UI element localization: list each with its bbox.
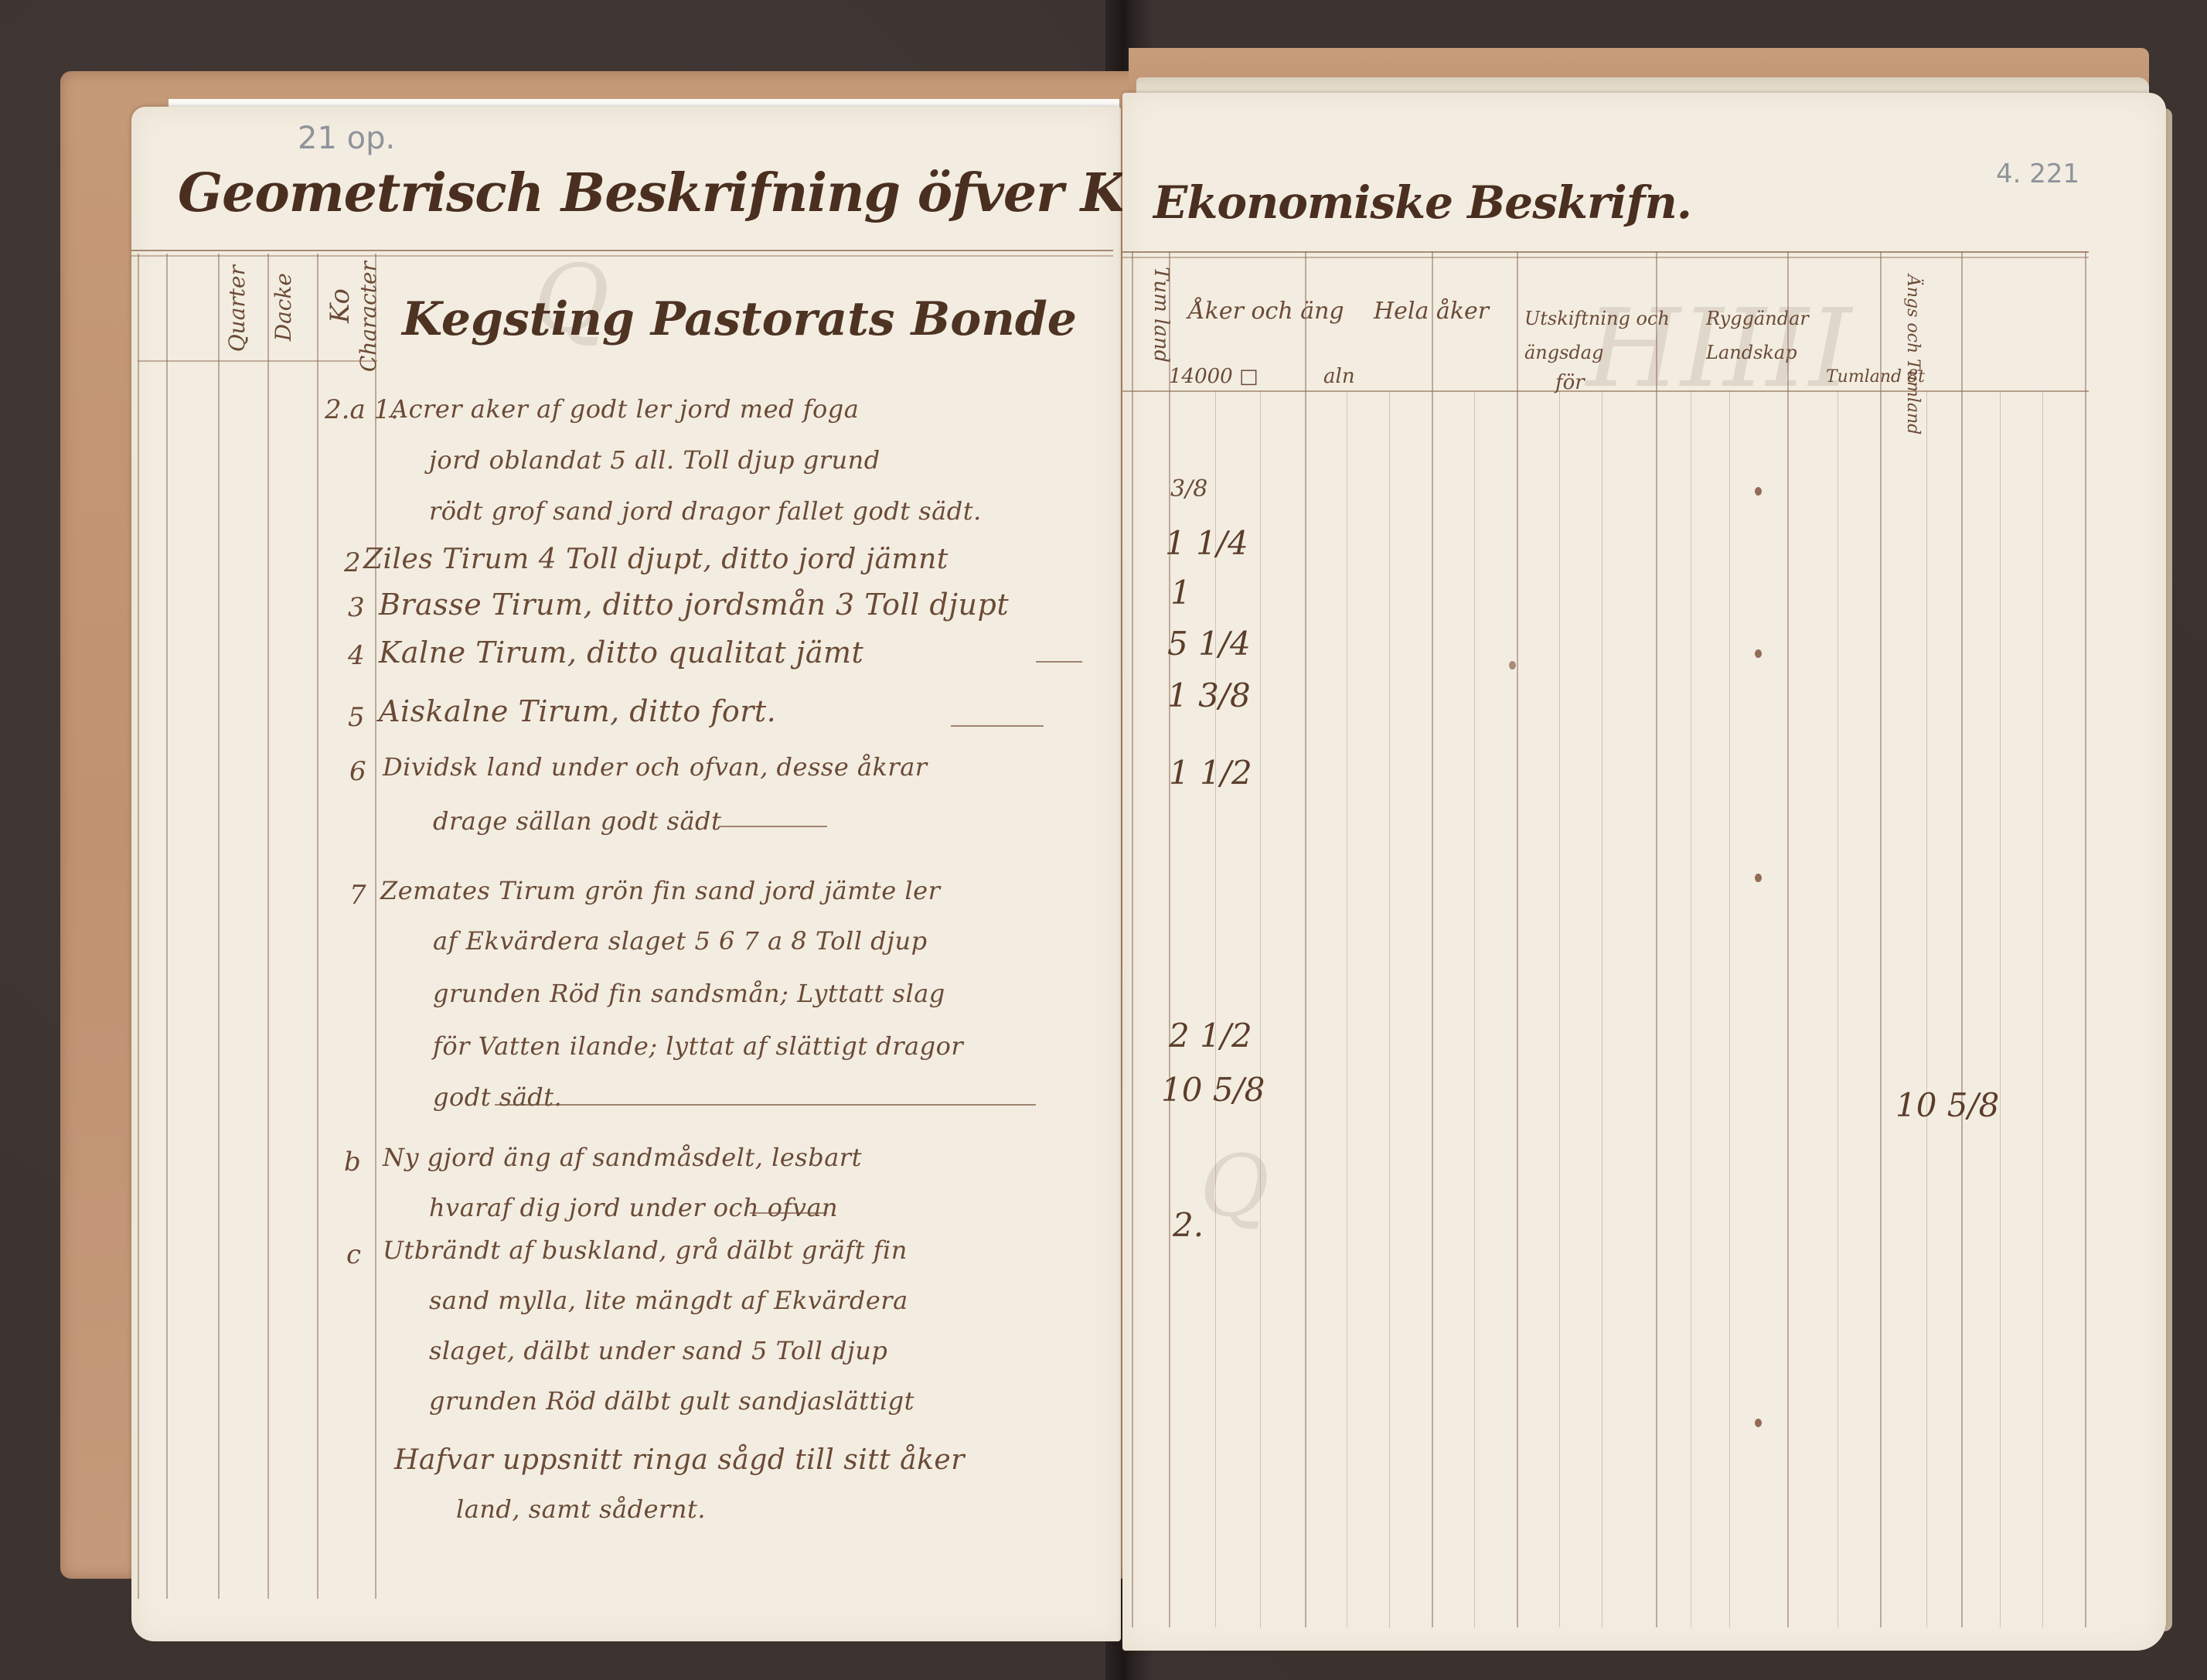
entry-line: grunden Röd fin sandsmån; Lyttatt slag (433, 979, 945, 1008)
entry-line: drage sällan godt sädt (433, 806, 721, 836)
area-value: 10 5/8 (1161, 1071, 1265, 1109)
column-line (2000, 390, 2001, 1627)
entry-line: Utbrändt af buskland, grå dälbt gräft fi… (383, 1235, 908, 1265)
area-value: 5 1/4 (1167, 625, 1251, 663)
col-header-ko: Ko (325, 288, 356, 323)
area-value: 2 1/2 (1169, 1017, 1252, 1055)
column-line (1347, 390, 1347, 1627)
entry-line: Hafvar uppsnitt ringa sågd till sitt åke… (394, 1444, 965, 1476)
column-line (138, 254, 139, 1599)
column-line (1215, 390, 1216, 1627)
ink-dot (1509, 661, 1516, 670)
col-header-dacke: Dacke (271, 273, 296, 341)
column-line (218, 254, 220, 1599)
column-line (1837, 390, 1838, 1627)
entry-line: Acrer aker af godt ler jord med foga (390, 394, 859, 424)
column-line (1260, 390, 1261, 1627)
entry-ref: c (346, 1239, 361, 1270)
column-line (2085, 251, 2086, 1627)
column-line (1132, 251, 1133, 1627)
ink-dot (1755, 649, 1762, 658)
column-line (1961, 251, 1963, 1627)
bleed-through: Q (1200, 1136, 1269, 1235)
column-line (1474, 390, 1475, 1627)
entry-ref: 5 (348, 702, 365, 733)
col-header-utskiftning: Utskiftning och ängsdag (1524, 302, 1694, 370)
left-page: Q 21 op. Geometrisch Beskrifning öfver K… (131, 107, 1121, 1641)
column-line (166, 254, 168, 1599)
area-value: 2. (1173, 1206, 1204, 1244)
dash (750, 1212, 827, 1214)
entry-line: jord oblandat 5 all. Toll djup grund (429, 445, 880, 475)
entry-line: Kalne Tirum, ditto qualitat jämt (379, 636, 863, 670)
unit-value: Tumland 8t (1826, 367, 1925, 387)
right-page: HIIII Q 4. 221 Ekonomiske Beskrifn. Tum … (1122, 93, 2166, 1651)
subheader-rule (1122, 390, 2089, 392)
entry-ref: 3 (348, 592, 365, 623)
unit-value: aln (1323, 365, 1355, 388)
area-value: 3/8 (1170, 475, 1207, 503)
dash (951, 725, 1044, 727)
entry-ref: 7 (349, 880, 366, 911)
column-line (1926, 390, 1927, 1627)
pencil-folio-number: 4. 221 (1996, 158, 2079, 189)
ink-dot (1755, 487, 1762, 496)
entry-line: Zemates Tirum grön fin sand jord jämte l… (380, 876, 940, 905)
ink-dot (1755, 874, 1762, 882)
header-rule-inner (1122, 257, 2089, 258)
col-header-ryggandar: Ryggändar Landskap (1706, 302, 1837, 370)
column-line (2042, 390, 2043, 1627)
entry-line: Aiskalne Tirum, ditto fort. (379, 694, 776, 728)
column-line (267, 254, 269, 1599)
header-rule-inner (131, 255, 1113, 257)
area-value: 14000 □ (1169, 365, 1258, 388)
subheader-rule (138, 360, 377, 362)
pencil-folio-number: 21 op. (298, 121, 395, 156)
header-rule (131, 250, 1113, 251)
column-line (317, 254, 318, 1599)
entry-line: Ziles Tirum 4 Toll djupt, ditto jord jäm… (363, 544, 949, 575)
entry-line: för Vatten ilande; lyttat af slättigt dr… (433, 1031, 963, 1061)
section-title: Kegsting Pastorats Bonde (402, 292, 1077, 346)
col-header-aker-ang: Åker och äng (1188, 298, 1344, 325)
entry-ref: 2 (344, 547, 361, 578)
dash (495, 1104, 1036, 1106)
column-line (1691, 390, 1691, 1627)
entry-line: af Ekvärdera slaget 5 6 7 a 8 Toll djup (433, 926, 928, 956)
area-value: 1 3/8 (1167, 676, 1251, 714)
area-value: 1 1/2 (1169, 754, 1252, 792)
entry-ref: 2.a 1. (325, 394, 399, 425)
column-line (1787, 251, 1789, 1627)
area-value: 1 1/4 (1165, 524, 1248, 562)
column-line (1559, 390, 1560, 1627)
entry-line: slaget, dälbt under sand 5 Toll djup (429, 1336, 887, 1365)
header-rule (1122, 251, 2089, 253)
column-line (1729, 390, 1730, 1627)
column-line (1432, 251, 1433, 1627)
column-line (1169, 251, 1170, 1627)
entry-ref: b (344, 1147, 361, 1177)
column-line (375, 254, 376, 1599)
entry-line: hvaraf dig jord under och ofvan (429, 1193, 838, 1222)
total-value: 10 5/8 (1895, 1086, 1999, 1124)
entry-line: land, samt sådernt. (456, 1494, 706, 1524)
page-title: Ekonomiske Beskrifn. (1153, 176, 1691, 229)
col-header-quarter: Quarter (224, 265, 250, 352)
area-value: 1 (1170, 574, 1191, 612)
column-line (1656, 251, 1657, 1627)
column-line (1305, 251, 1306, 1627)
entry-line: rödt grof sand jord dragor fallet godt s… (429, 496, 982, 526)
col-header-character: Character (356, 261, 381, 372)
entry-line: Dividsk land under och ofvan, desse åkra… (383, 752, 928, 782)
entry-line: grunden Röd dälbt gult sandjaslättigt (429, 1386, 914, 1416)
col-header-angs: Ängs och Tumland (1903, 274, 1923, 434)
entry-ref: 6 (349, 756, 366, 787)
column-line (1517, 251, 1518, 1627)
entry-line: sand mylla, lite mängdt af Ekvärdera (429, 1286, 908, 1315)
entry-line: godt sädt. (433, 1082, 562, 1112)
dash (1036, 661, 1082, 663)
entry-ref: 4 (348, 640, 365, 671)
column-line (1389, 390, 1390, 1627)
column-line (1880, 251, 1882, 1627)
column-line (1602, 390, 1602, 1627)
dash (719, 826, 827, 827)
ink-dot (1755, 1419, 1762, 1427)
entry-line: Ny gjord äng af sandmåsdelt, lesbart (383, 1143, 862, 1172)
entry-line: Brasse Tirum, ditto jordsmån 3 Toll djup… (379, 588, 1009, 622)
